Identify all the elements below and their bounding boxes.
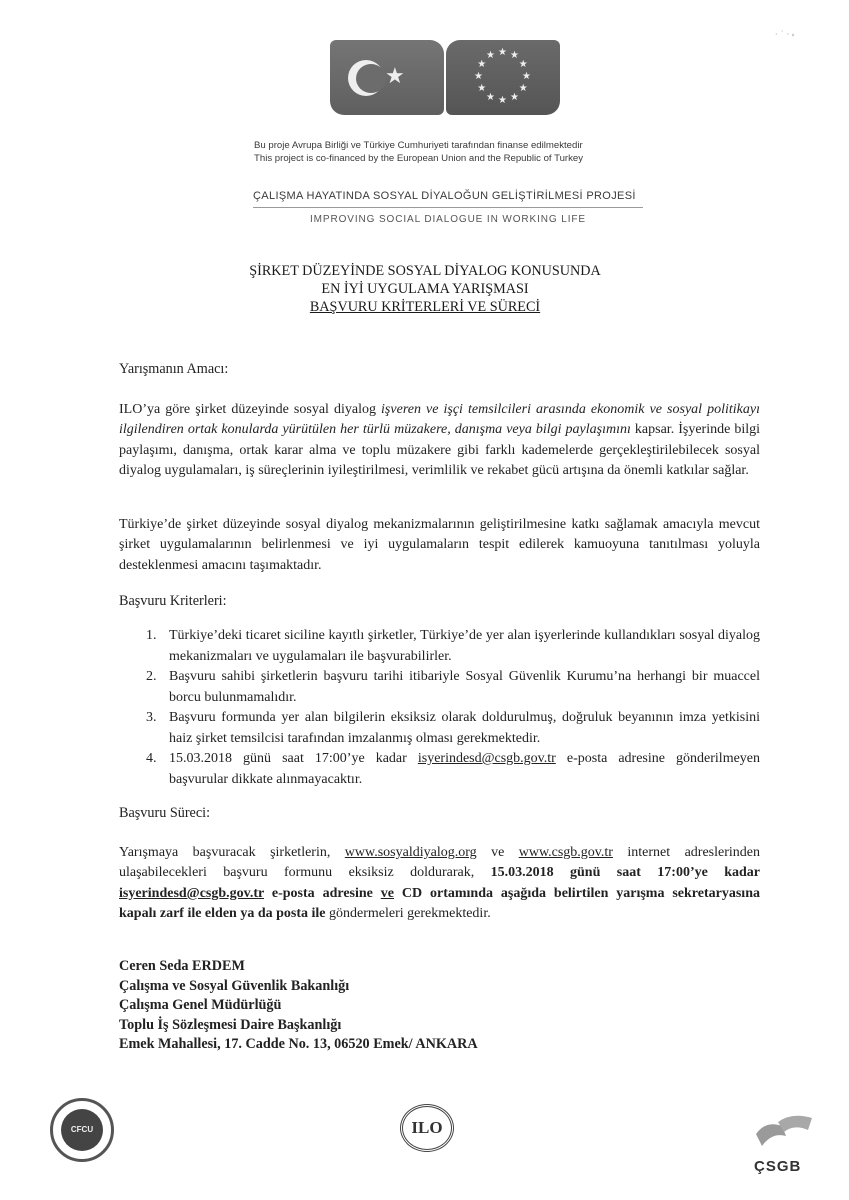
criteria-item: 1.Türkiye’deki ticaret siciline kayıtlı … (146, 626, 760, 667)
star-icon: ★ (385, 66, 405, 88)
process-paragraph: Yarışmaya başvuracak şirketlerin, www.so… (119, 843, 760, 924)
ministry-name: Çalışma ve Sosyal Güvenlik Bakanlığı (119, 977, 478, 997)
ilo-logo: ILO (400, 1104, 454, 1152)
signature-block: Ceren Seda ERDEM Çalışma ve Sosyal Güven… (119, 957, 478, 1055)
email-link[interactable]: isyerindesd@csgb.gov.tr (119, 886, 264, 901)
star-icon: ★ (474, 72, 483, 82)
title-line-2: EN İYİ UYGULAMA YARIŞMASI (110, 280, 740, 298)
criteria-item: 4.15.03.2018 günü saat 17:00’ye kadar is… (146, 749, 760, 790)
email-link[interactable]: isyerindesd@csgb.gov.tr (418, 751, 556, 766)
star-icon: ★ (519, 84, 528, 94)
csgb-logo-text: ÇSGB (754, 1158, 801, 1175)
scan-specks: · ˙ · ⸗ (775, 30, 794, 39)
criteria-item: 3.Başvuru formunda yer alan bilgilerin e… (146, 708, 760, 749)
criteria-heading: Başvuru Kriterleri: (119, 593, 227, 610)
cfcu-logo: CFCU (50, 1098, 114, 1162)
star-icon: ★ (510, 93, 519, 103)
sponsor-en: This project is co-financed by the Europ… (254, 153, 654, 166)
document-title: ŞİRKET DÜZEYİNDE SOSYAL DİYALOG KONUSUND… (110, 262, 740, 316)
sponsor-note: Bu proje Avrupa Birliği ve Türkiye Cumhu… (254, 140, 654, 165)
title-line-3: BAŞVURU KRİTERLERİ VE SÜRECİ (110, 298, 740, 316)
star-icon: ★ (510, 51, 519, 61)
purpose-paragraph-2: Türkiye’de şirket düzeyinde sosyal diyal… (119, 515, 760, 576)
criteria-item: 2.Başvuru sahibi şirketlerin başvuru tar… (146, 667, 760, 708)
sosyaldiyalog-link[interactable]: www.sosyaldiyalog.org (345, 845, 477, 860)
star-icon: ★ (477, 84, 486, 94)
purpose-heading: Yarışmanın Amacı: (119, 361, 228, 378)
postal-address: Emek Mahallesi, 17. Cadde No. 13, 06520 … (119, 1035, 478, 1055)
sponsor-tr: Bu proje Avrupa Birliği ve Türkiye Cumhu… (254, 140, 654, 153)
criteria-list: 1.Türkiye’deki ticaret siciline kayıtlı … (146, 626, 760, 790)
title-line-1: ŞİRKET DÜZEYİNDE SOSYAL DİYALOG KONUSUND… (110, 262, 740, 280)
star-icon: ★ (519, 60, 528, 70)
purpose-paragraph-1: ILO’ya göre şirket düzeyinde sosyal diya… (119, 400, 760, 481)
star-icon: ★ (477, 60, 486, 70)
project-name-en: IMPROVING SOCIAL DIALOGUE IN WORKING LIF… (253, 214, 643, 225)
department-name: Toplu İş Sözleşmesi Daire Başkanlığı (119, 1016, 478, 1036)
csgb-logo-icon (752, 1112, 816, 1152)
star-icon: ★ (486, 51, 495, 61)
star-icon: ★ (498, 48, 507, 58)
csgb-link[interactable]: www.csgb.gov.tr (519, 845, 613, 860)
eu-flag-icon: ★★★★★★★★★★★★ (446, 40, 560, 115)
project-name-tr: ÇALIŞMA HAYATINDA SOSYAL DİYALOĞUN GELİŞ… (253, 190, 643, 202)
signatory-name: Ceren Seda ERDEM (119, 957, 478, 977)
crescent-icon (348, 60, 384, 96)
process-heading: Başvuru Süreci: (119, 805, 210, 822)
star-icon: ★ (486, 93, 495, 103)
turkey-flag-icon: ★ (330, 40, 444, 115)
header-flags: ★ ★★★★★★★★★★★★ (330, 40, 560, 115)
star-icon: ★ (522, 72, 531, 82)
directorate-name: Çalışma Genel Müdürlüğü (119, 996, 478, 1016)
star-icon: ★ (498, 96, 507, 106)
project-divider (253, 207, 643, 208)
